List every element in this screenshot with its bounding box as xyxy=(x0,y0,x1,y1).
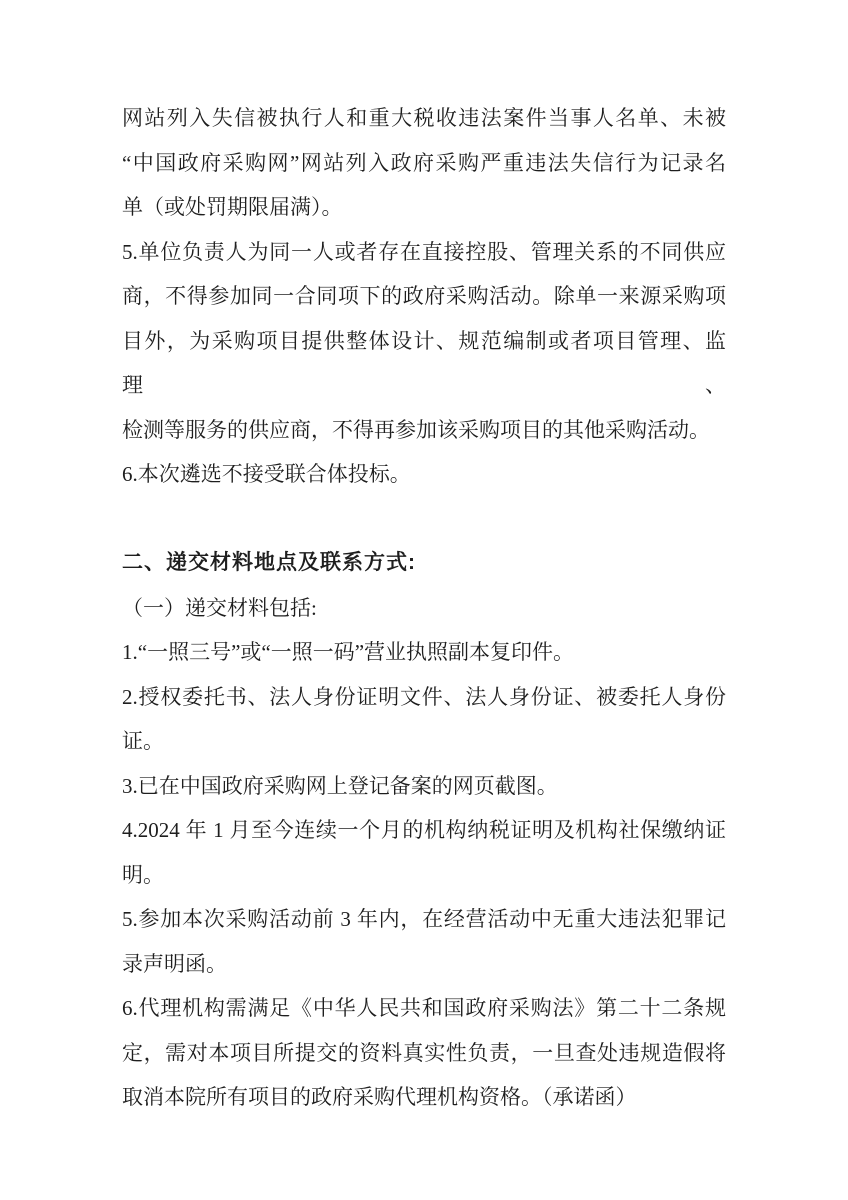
text-line: 网站列入失信被执行人和重大税收违法案件当事人名单、未被 xyxy=(122,96,726,141)
section-heading: 二、递交材料地点及联系方式: xyxy=(122,541,726,586)
text-line: 检测等服务的供应商，不得再参加该采购项目的其他采购活动。 xyxy=(122,408,726,453)
text-line: 明。 xyxy=(122,853,726,898)
text-line: （一）递交材料包括: xyxy=(122,586,726,631)
text-line: 2.授权委托书、法人身份证明文件、法人身份证、被委托人身份 xyxy=(122,675,726,720)
text-line: 5.参加本次采购活动前 3 年内，在经营活动中无重大违法犯罪记 xyxy=(122,897,726,942)
text-line: 3.已在中国政府采购网上登记备案的网页截图。 xyxy=(122,764,726,809)
text-line: “中国政府采购网”网站列入政府采购严重违法失信行为记录名 xyxy=(122,141,726,186)
text-line: 6.本次遴选不接受联合体投标。 xyxy=(122,452,726,497)
text-line: 证。 xyxy=(122,719,726,764)
document-text: 网站列入失信被执行人和重大税收违法案件当事人名单、未被“中国政府采购网”网站列入… xyxy=(122,96,726,1120)
text-line: 定，需对本项目所提交的资料真实性负责，一旦查处违规造假将 xyxy=(122,1031,726,1076)
text-line: 录声明函。 xyxy=(122,942,726,987)
text-line: 5.单位负责人为同一人或者存在直接控股、管理关系的不同供应 xyxy=(122,230,726,275)
text-line: 目外，为采购项目提供整体设计、规范编制或者项目管理、监理、 xyxy=(122,319,726,408)
text-line: 6.代理机构需满足《中华人民共和国政府采购法》第二十二条规 xyxy=(122,986,726,1031)
blank-line xyxy=(122,497,726,542)
text-line: 取消本院所有项目的政府采购代理机构资格。（承诺函） xyxy=(122,1075,726,1120)
text-line: 4.2024 年 1 月至今连续一个月的机构纳税证明及机构社保缴纳证 xyxy=(122,808,726,853)
text-line: 商，不得参加同一合同项下的政府采购活动。除单一来源采购项 xyxy=(122,274,726,319)
text-line: 单（或处罚期限届满）。 xyxy=(122,185,726,230)
document-page: 网站列入失信被执行人和重大税收违法案件当事人名单、未被“中国政府采购网”网站列入… xyxy=(0,0,848,1200)
text-line: 1.“一照三号”或“一照一码”营业执照副本复印件。 xyxy=(122,630,726,675)
